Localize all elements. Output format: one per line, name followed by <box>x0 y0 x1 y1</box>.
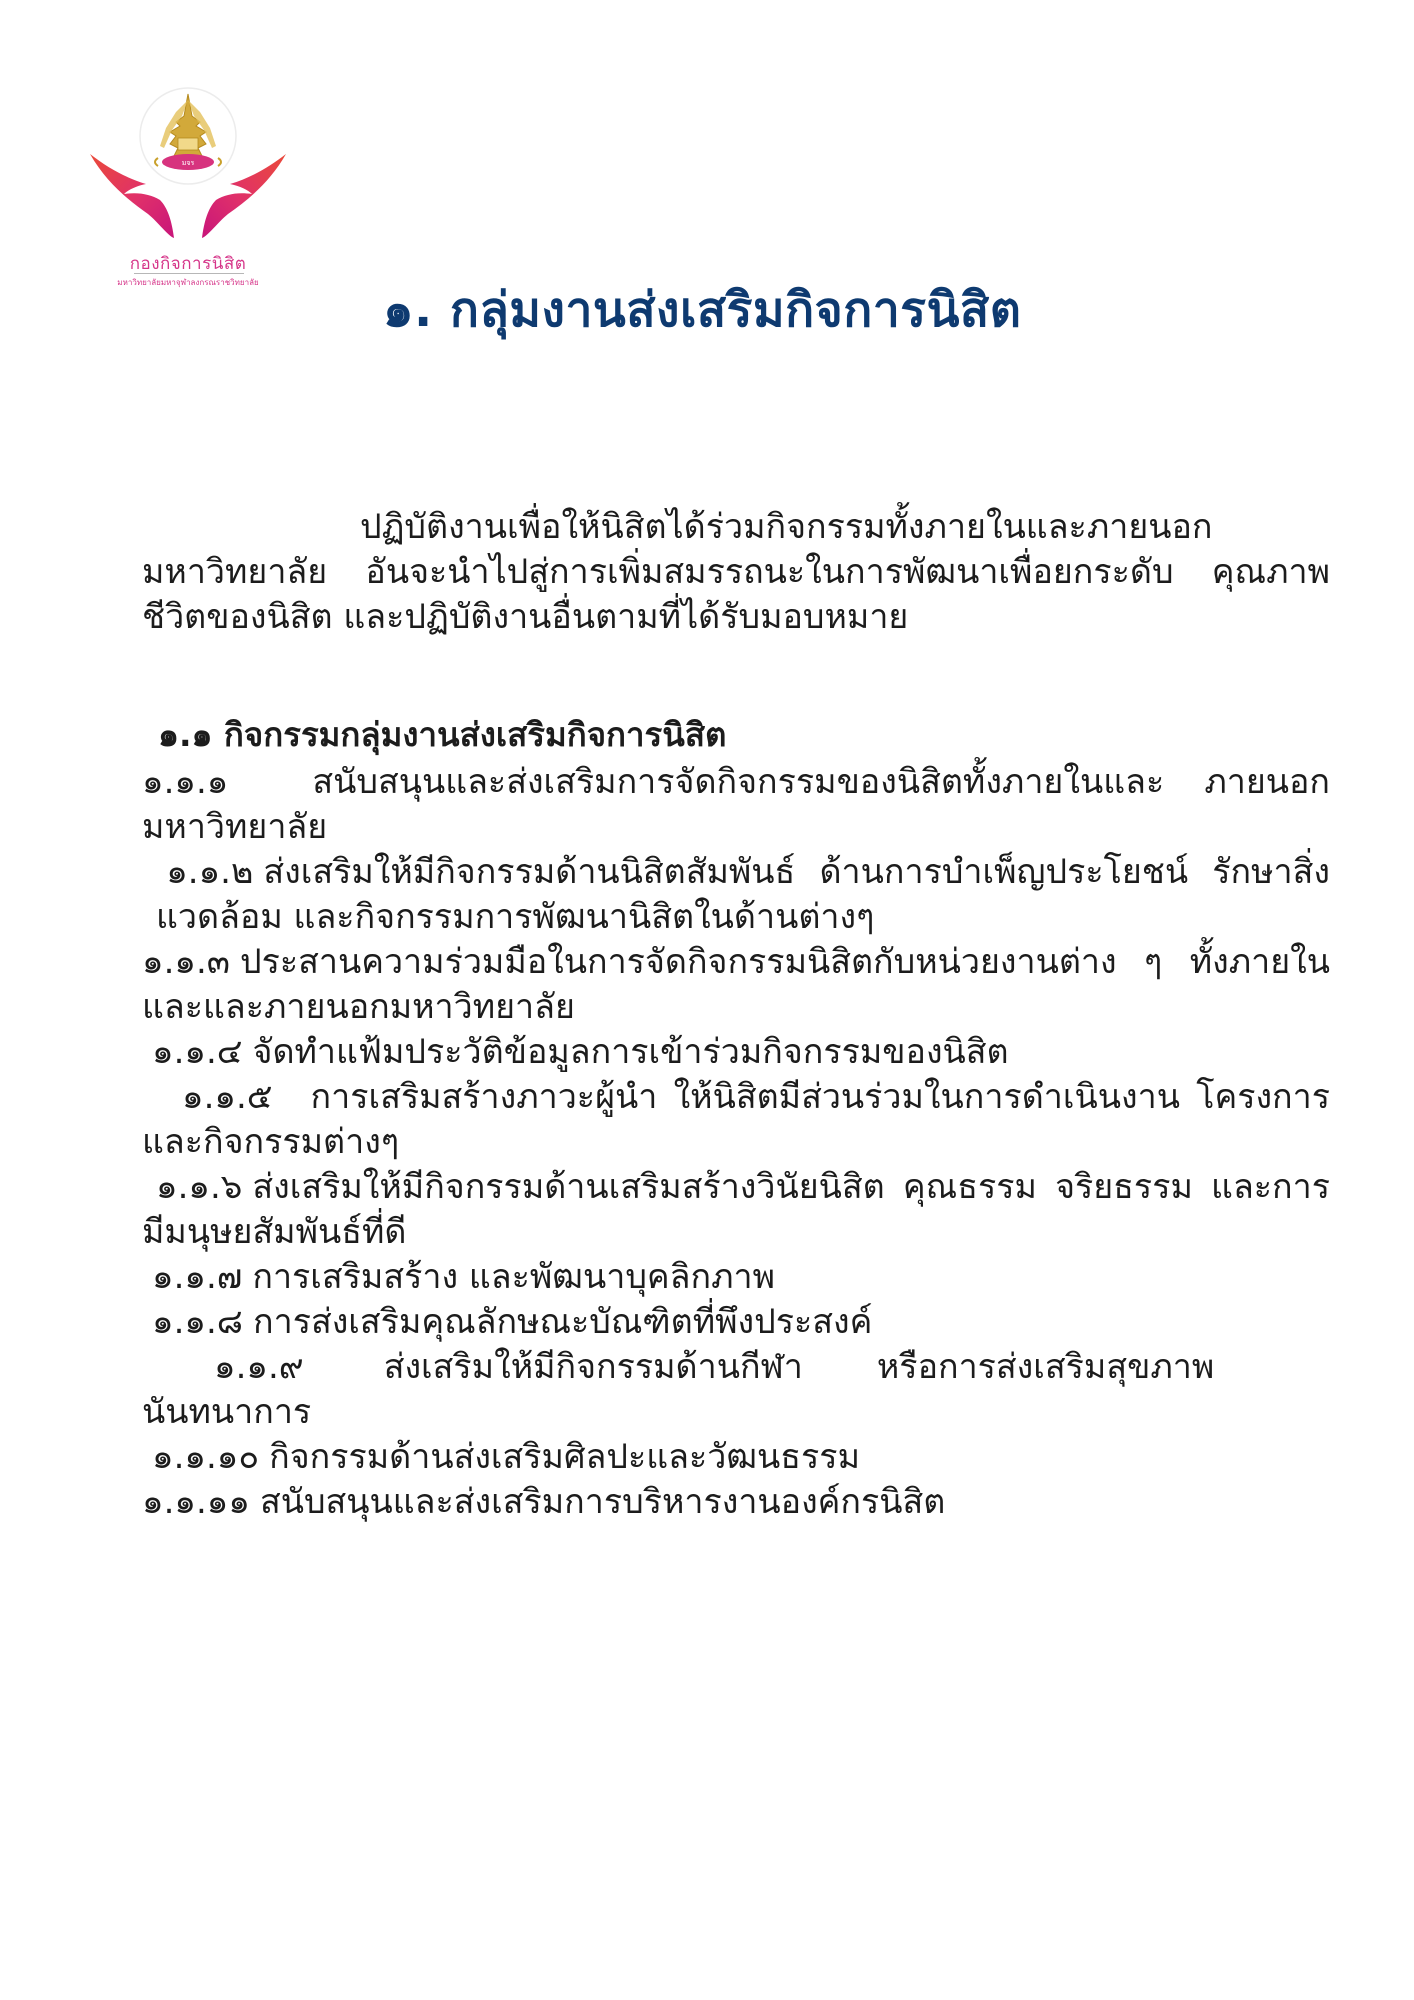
item-number: ๑.๑.๖ <box>156 1167 242 1207</box>
emblem-hands-icon: มจร <box>88 86 288 251</box>
item-text: การส่งเสริมคุณลักษณะบัณฑิตที่พึงประสงค์ <box>253 1302 872 1342</box>
item-number: ๑.๑.๓ <box>142 942 230 982</box>
page-title: ๑. กลุ่มงานส่งเสริมกิจการนิสิต <box>383 272 1021 348</box>
item-text: ประสานความร่วมมือในการจัดกิจกรรมนิสิตกับ… <box>142 942 1330 1027</box>
item-text: การเสริมสร้าง และพัฒนาบุคลิกภาพ <box>252 1257 775 1297</box>
list-item: ๑.๑.๗การเสริมสร้าง และพัฒนาบุคลิกภาพ <box>142 1255 1330 1300</box>
item-text: สนับสนุนและส่งเสริมการจัดกิจกรรมของนิสิต… <box>142 762 1330 847</box>
list-item: ๑.๑.๑๐กิจกรรมด้านส่งเสริมศิลปะและวัฒนธรร… <box>142 1435 1330 1480</box>
item-number: ๑.๑.๔ <box>152 1032 243 1072</box>
list-item: ๑.๑.๙ส่งเสริมให้มีกิจกรรมด้านกีฬาหรือการ… <box>142 1345 1330 1435</box>
item-number: ๑.๑.๗ <box>152 1257 242 1297</box>
logo-subtitle: มหาวิทยาลัยมหาจุฬาลงกรณราชวิทยาลัย <box>88 276 288 289</box>
item-text: จัดทำแฟ้มประวัติข้อมูลการเข้าร่วมกิจกรรม… <box>253 1032 1009 1072</box>
item-text: ส่งเสริมให้มีกิจกรรมด้านนิสิตสัมพันธ์ ด้… <box>156 852 1330 937</box>
list-item: ๑.๑.๖ส่งเสริมให้มีกิจกรรมด้านเสริมสร้างว… <box>142 1165 1330 1255</box>
list-item: ๑.๑.๔จัดทำแฟ้มประวัติข้อมูลการเข้าร่วมกิ… <box>142 1030 1330 1075</box>
item-text: ส่งเสริมให้มีกิจกรรมด้านกีฬา <box>384 1347 803 1387</box>
item-text: สนับสนุนและส่งเสริมการบริหารงานองค์กรนิส… <box>260 1482 945 1522</box>
item-text: การเสริมสร้างภาวะผู้นำ ให้นิสิตมีส่วนร่ว… <box>142 1077 1330 1162</box>
document-body: ปฏิบัติงานเพื่อให้นิสิตได้ร่วมกิจกรรมทั้… <box>142 505 1330 1525</box>
logo-divider <box>134 273 244 274</box>
section-heading: ๑.๑ กิจกรรมกลุ่มงานส่งเสริมกิจการนิสิต <box>142 710 1330 760</box>
list-item: ๑.๑.๓ประสานความร่วมมือในการจัดกิจกรรมนิส… <box>142 940 1330 1030</box>
item-number: ๑.๑.๘ <box>152 1302 243 1342</box>
list-item: ๑.๑.๑สนับสนุนและส่งเสริมการจัดกิจกรรมของ… <box>142 760 1330 850</box>
list-item: ๑.๑.๘การส่งเสริมคุณลักษณะบัณฑิตที่พึงประ… <box>142 1300 1330 1345</box>
item-number: ๑.๑.๑๐ <box>152 1437 259 1477</box>
list-item: ๑.๑.๑๑สนับสนุนและส่งเสริมการบริหารงานองค… <box>142 1480 1330 1525</box>
item-text: ส่งเสริมให้มีกิจกรรมด้านเสริมสร้างวินัยน… <box>142 1167 1330 1252</box>
intro-paragraph: ปฏิบัติงานเพื่อให้นิสิตได้ร่วมกิจกรรมทั้… <box>142 505 1330 640</box>
list-item: ๑.๑.๒ส่งเสริมให้มีกิจกรรมด้านนิสิตสัมพัน… <box>142 850 1330 940</box>
item-number: ๑.๑.๑ <box>142 762 228 802</box>
logo: มจร กองกิจการนิสิต มหาวิทยาลัยมหาจุฬาลงก… <box>88 86 288 296</box>
item-text: กิจกรรมด้านส่งเสริมศิลปะและวัฒนธรรม <box>269 1437 860 1477</box>
item-number: ๑.๑.๕ <box>182 1077 273 1117</box>
svg-text:มจร: มจร <box>182 159 195 167</box>
item-number: ๑.๑.๙ <box>214 1347 304 1387</box>
list-item: ๑.๑.๕การเสริมสร้างภาวะผู้นำ ให้นิสิตมีส่… <box>142 1075 1330 1165</box>
item-number: ๑.๑.๒ <box>166 852 253 892</box>
item-number: ๑.๑.๑๑ <box>142 1482 250 1522</box>
